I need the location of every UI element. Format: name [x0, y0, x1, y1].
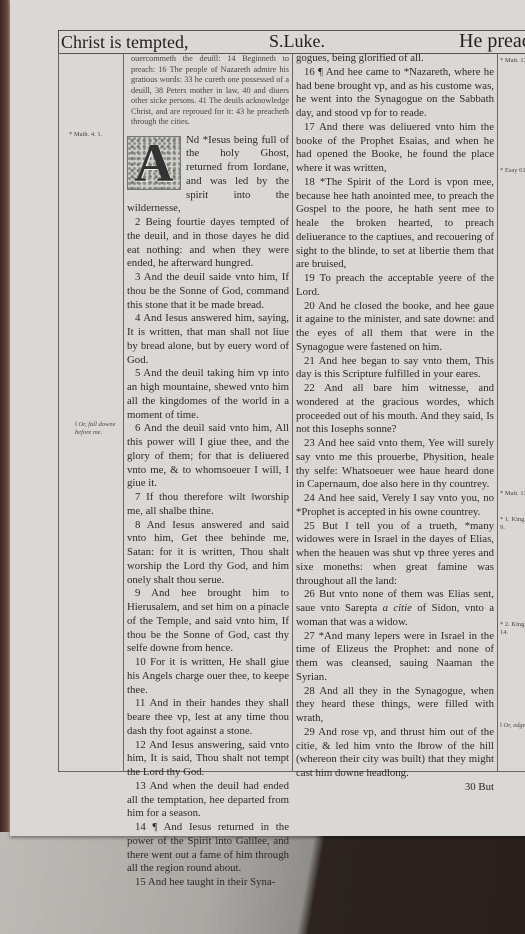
verse-6: 6 And the deuil said vnto him, All this …: [127, 422, 289, 491]
margin-note-matt-13-54: * Matt. 13. 54.: [500, 57, 525, 65]
verse-10: 10 For it is written, He shall giue his …: [127, 656, 289, 697]
verse-15: 15 And hee taught in their Syna-: [127, 876, 289, 890]
margin-note-esay-61: * Esay 61.: [500, 167, 525, 175]
verse-28: 28 And all they in the Synagogue, when t…: [296, 685, 494, 726]
verse-14: 14 ¶ And Iesus returned in the power of …: [127, 821, 289, 876]
verse-25: 25 But I tell you of a trueth, *many wid…: [296, 520, 494, 589]
margin-note-2-king-5-14: * 2. King. 5. 14.: [500, 621, 525, 637]
margin-note-math-4: * Math. 4. 1.: [69, 131, 121, 139]
verse-27: 27 *And many lepers were in Israel in th…: [296, 630, 494, 685]
margin-note-1-king-17-9: * 1. King. 17. 9.: [500, 516, 525, 532]
right-text-column: gogues, being glorified of all. 16 ¶ And…: [296, 52, 494, 795]
column-divider-rule: [292, 53, 293, 771]
verse-21: 21 And hee began to say vnto them, This …: [296, 355, 494, 383]
margin-note-or-fall-downe: ‖ Or, fall downe before me.: [75, 421, 119, 437]
verse-11: 11 And in their handes they shall beare …: [127, 697, 289, 738]
italic-supplied-words: a citie: [383, 602, 412, 614]
verse-2: 2 Being fourtie dayes tempted of the deu…: [127, 216, 289, 271]
verse-17: 17 And there was deliuered vnto him the …: [296, 121, 494, 176]
verse-12: 12 And Iesus answering, said vnto him, I…: [127, 739, 289, 780]
left-text-column: ouercommeth the deuill: 14 Beginneth to …: [127, 54, 289, 890]
verse-26: 26 But vnto none of them was Elias sent,…: [296, 588, 494, 629]
header-left-title: Christ is tempted,: [59, 32, 189, 52]
header-right-title: He preacheth: [459, 31, 525, 51]
verse-3: 3 And the deuil saide vnto him, If thou …: [127, 271, 289, 312]
verse-19: 19 To preach the acceptable yeere of the…: [296, 272, 494, 300]
chapter-summary: ouercommeth the deuill: 14 Beginneth to …: [127, 54, 289, 128]
verse-22: 22 And all bare him witnesse, and wonder…: [296, 382, 494, 437]
verse-24: 24 And hee said, Verely I say vnto you, …: [296, 492, 494, 520]
header-book-name: S.Luke.: [269, 31, 325, 51]
ornamental-dropcap-icon: A: [127, 136, 181, 190]
verse-20: 20 And he closed the booke, and hee gaue…: [296, 300, 494, 355]
verse-13: 13 And when the deuil had ended all the …: [127, 780, 289, 821]
catchword: 30 But: [296, 781, 494, 795]
verse-4: 4 And Iesus answered him, saying, It is …: [127, 312, 289, 367]
verse-9: 9 And hee brought him to Hierusalem, and…: [127, 587, 289, 656]
verse-8: 8 And Iesus answered and said vnto him, …: [127, 519, 289, 588]
verse-23: 23 And hee said vnto them, Yee will sure…: [296, 437, 494, 492]
right-margin-rule: [497, 53, 498, 771]
margin-note-or-edge: ‖ Or, edge.: [500, 722, 525, 730]
verse-7: 7 If thou therefore wilt ‖worship me, al…: [127, 491, 289, 519]
verse-16: 16 ¶ And hee came to *Nazareth, where he…: [296, 66, 494, 121]
text-frame: * Math. 4. 1. ‖ Or, fall downe before me…: [58, 53, 525, 772]
margin-note-matt-13-57: * Matt. 13. 57.: [500, 490, 525, 498]
verse-5: 5 And the deuil taking him vp into an hi…: [127, 367, 289, 422]
running-header: Christ is tempted, S.Luke. He preacheth: [58, 30, 525, 54]
book-page: Christ is tempted, S.Luke. He preacheth …: [10, 0, 525, 836]
verse-18: 18 *The Spirit of the Lord is vpon mee, …: [296, 176, 494, 272]
verse-15-continuation: gogues, being glorified of all.: [296, 52, 494, 66]
verse-29: 29 And rose vp, and thrust him out of th…: [296, 726, 494, 781]
verse-1-block: A Nd *Iesus being full of the holy Ghost…: [127, 134, 289, 217]
left-margin-rule: [123, 53, 124, 771]
